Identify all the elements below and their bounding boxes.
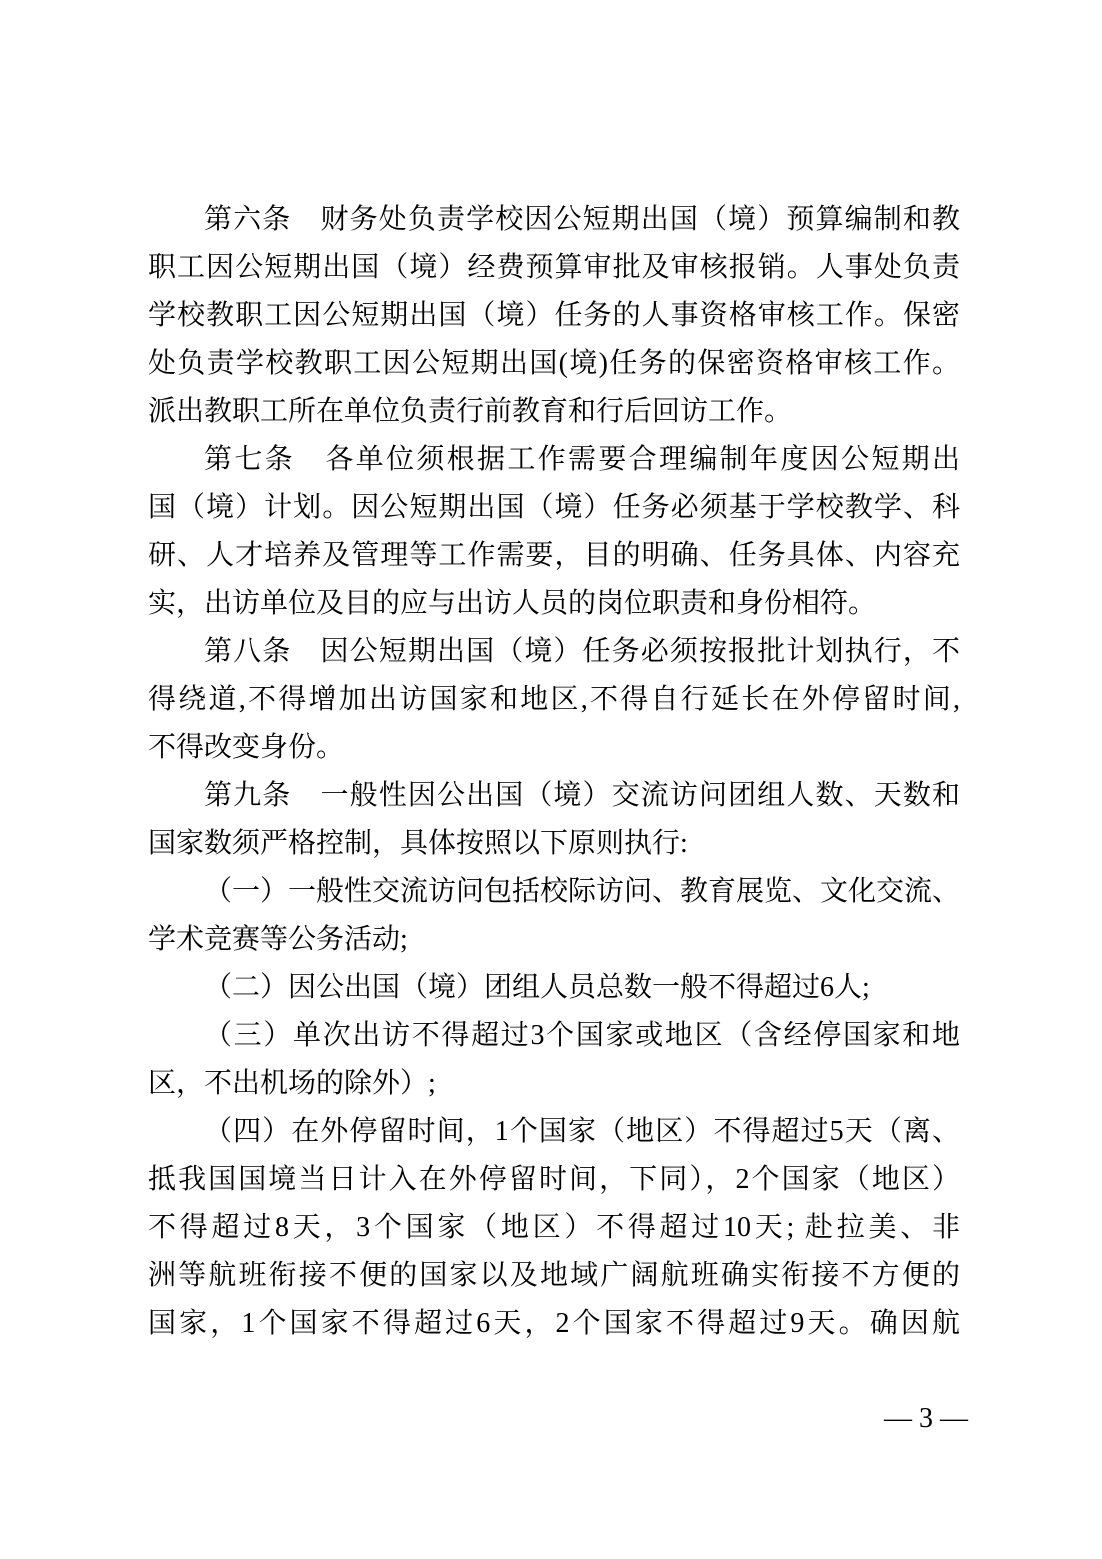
text-line: 不得超过8天，3个国家（地区）不得超过10天; 赴拉美、非 [148, 1204, 960, 1252]
text-line: 不得改变身份。 [148, 724, 960, 772]
paragraph-article-9: 第九条 一般性因公出国（境）交流访问团组人数、天数和国家数须严格控制，具体按照以… [148, 772, 960, 868]
text-line: 国家，1个国家不得超过6天，2个国家不得超过9天。确因航 [148, 1300, 960, 1348]
text-line: （一）一般性交流访问包括校际访问、教育展览、文化交流、 [148, 868, 960, 916]
text-line: 研、人才培养及管理等工作需要，目的明确、任务具体、内容充 [148, 532, 960, 580]
text-line: 第八条 因公短期出国（境）任务必须按报批计划执行，不 [148, 628, 960, 676]
paragraph-article-9-item-2: （二）因公出国（境）团组人员总数一般不得超过6人; [148, 964, 960, 1012]
text-line: 学校教职工因公短期出国（境）任务的人事资格审核工作。保密 [148, 292, 960, 340]
text-line: （四）在外停留时间，1个国家（地区）不得超过5天（离、 [148, 1108, 960, 1156]
text-line: 学术竞赛等公务活动; [148, 916, 960, 964]
text-line: 区，不出机场的除外）; [148, 1060, 960, 1108]
text-line: 第七条 各单位须根据工作需要合理编制年度因公短期出 [148, 436, 960, 484]
text-line: 抵我国国境当日计入在外停留时间，下同），2个国家（地区） [148, 1156, 960, 1204]
text-line: （三）单次出访不得超过3个国家或地区（含经停国家和地 [148, 1012, 960, 1060]
document-page: 第六条 财务处负责学校因公短期出国（境）预算编制和教职工因公短期出国（境）经费预… [0, 0, 1102, 1559]
paragraph-article-9-item-4: （四）在外停留时间，1个国家（地区）不得超过5天（离、抵我国国境当日计入在外停留… [148, 1108, 960, 1348]
text-line: 处负责学校教职工因公短期出国(境)任务的保密资格审核工作。 [148, 340, 960, 388]
paragraph-article-9-item-1: （一）一般性交流访问包括校际访问、教育展览、文化交流、学术竞赛等公务活动; [148, 868, 960, 964]
paragraph-article-9-item-3: （三）单次出访不得超过3个国家或地区（含经停国家和地区，不出机场的除外）; [148, 1012, 960, 1108]
text-line: 第九条 一般性因公出国（境）交流访问团组人数、天数和 [148, 772, 960, 820]
document-body: 第六条 财务处负责学校因公短期出国（境）预算编制和教职工因公短期出国（境）经费预… [148, 196, 960, 1348]
text-line: （二）因公出国（境）团组人员总数一般不得超过6人; [148, 964, 960, 1012]
text-line: 职工因公短期出国（境）经费预算审批及审核报销。人事处负责 [148, 244, 960, 292]
text-line: 国（境）计划。因公短期出国（境）任务必须基于学校教学、科 [148, 484, 960, 532]
paragraph-article-8: 第八条 因公短期出国（境）任务必须按报批计划执行，不得绕道,不得增加出访国家和地… [148, 628, 960, 772]
paragraph-article-6: 第六条 财务处负责学校因公短期出国（境）预算编制和教职工因公短期出国（境）经费预… [148, 196, 960, 436]
page-number: — 3 — [884, 1403, 968, 1434]
text-line: 得绕道,不得增加出访国家和地区,不得自行延长在外停留时间, [148, 676, 960, 724]
text-line: 第六条 财务处负责学校因公短期出国（境）预算编制和教 [148, 196, 960, 244]
text-line: 派出教职工所在单位负责行前教育和行后回访工作。 [148, 388, 960, 436]
paragraph-article-7: 第七条 各单位须根据工作需要合理编制年度因公短期出国（境）计划。因公短期出国（境… [148, 436, 960, 628]
text-line: 洲等航班衔接不便的国家以及地域广阔航班确实衔接不方便的 [148, 1252, 960, 1300]
text-line: 国家数须严格控制，具体按照以下原则执行: [148, 820, 960, 868]
text-line: 实，出访单位及目的应与出访人员的岗位职责和身份相符。 [148, 580, 960, 628]
page-footer: — 3 — [884, 1402, 968, 1436]
